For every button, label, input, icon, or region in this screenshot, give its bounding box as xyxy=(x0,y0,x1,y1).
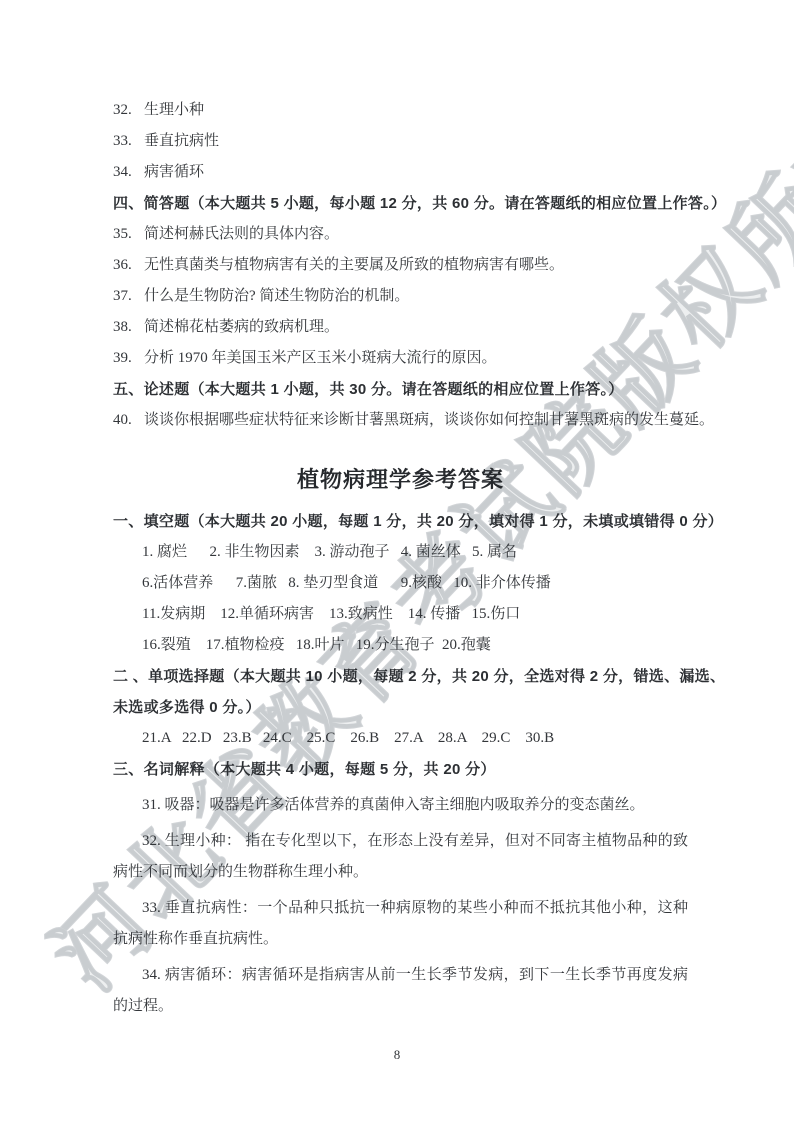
definition-item-32: 32. 生理小种： 指在专化型以下，在形态上没有差异，但对不同寄主植物品种的致病… xyxy=(113,826,688,888)
question-text: 生理小种 xyxy=(144,102,204,118)
question-number: 36. xyxy=(113,250,144,281)
exam-page: 河北省教育考试院版权所有 32.生理小种 33.垂直抗病性 34.病害循环 四、… xyxy=(0,0,794,1123)
question-item-32: 32.生理小种 xyxy=(113,95,688,126)
question-item-39: 39.分析 1970 年美国玉米产区玉米小斑病大流行的原因。 xyxy=(113,343,688,374)
fill-in-answers-line-1: 1. 腐烂 2. 非生物因素 3. 游动孢子 4. 菌丝体 5. 属名 xyxy=(113,537,688,568)
question-text: 垂直抗病性 xyxy=(144,133,219,149)
question-item-35: 35.简述柯赫氏法则的具体内容。 xyxy=(113,219,688,250)
question-number: 35. xyxy=(113,219,144,250)
question-item-34: 34.病害循环 xyxy=(113,157,688,188)
question-text: 病害循环 xyxy=(144,164,204,180)
question-number: 32. xyxy=(113,95,144,126)
question-item-36: 36.无性真菌类与植物病害有关的主要属及所致的植物病害有哪些。 xyxy=(113,250,688,281)
definition-item-33: 33. 垂直抗病性：一个品种只抵抗一种病原物的某些小种而不抵抗其他小种，这种抗病… xyxy=(113,893,688,955)
question-number: 39. xyxy=(113,343,144,374)
question-number: 40. xyxy=(113,405,144,436)
question-item-38: 38.简述棉花枯萎病的致病机理。 xyxy=(113,312,688,343)
fill-in-answers-line-3: 11.发病期 12.单循环病害 13.致病性 14. 传播 15.伤口 xyxy=(113,599,688,630)
question-text: 简述柯赫氏法则的具体内容。 xyxy=(144,226,339,242)
fill-in-answers-line-4: 16.裂殖 17.植物检疫 18.叶片 19.分生孢子 20.孢囊 xyxy=(113,630,688,661)
question-number: 33. xyxy=(113,126,144,157)
question-number: 38. xyxy=(113,312,144,343)
answer-header-fill-in: 一、填空题（本大题共 20 小题，每题 1 分，共 20 分，填对得 1 分，未… xyxy=(113,506,688,537)
question-text: 无性真菌类与植物病害有关的主要属及所致的植物病害有哪些。 xyxy=(144,257,564,273)
section-header-short-answer: 四、简答题（本大题共 5 小题，每小题 12 分，共 60 分。请在答题纸的相应… xyxy=(113,188,688,219)
definition-item-31: 31. 吸器：吸器是许多活体营养的真菌伸入寄主细胞内吸取养分的变态菌丝。 xyxy=(113,790,688,821)
answer-header-definitions: 三、名词解释（本大题共 4 小题，每题 5 分，共 20 分） xyxy=(113,754,688,785)
question-text: 分析 1970 年美国玉米产区玉米小斑病大流行的原因。 xyxy=(144,350,497,366)
question-text: 什么是生物防治? 简述生物防治的机制。 xyxy=(144,288,409,304)
question-text: 谈谈你根据哪些症状特征来诊断甘薯黑斑病，谈谈你如何控制甘薯黑斑病的发生蔓延。 xyxy=(144,412,714,428)
question-text: 简述棉花枯萎病的致病机理。 xyxy=(144,319,339,335)
answer-header-multiple-choice-line-2: 未选或多选得 0 分。） xyxy=(113,692,688,723)
section-header-essay: 五、论述题（本大题共 1 小题，共 30 分。请在答题纸的相应位置上作答。） xyxy=(113,374,688,405)
question-item-33: 33.垂直抗病性 xyxy=(113,126,688,157)
answer-header-multiple-choice-line-1: 二 、单项选择题（本大题共 10 小题，每题 2 分，共 20 分，全选对得 2… xyxy=(113,661,688,692)
answer-key-title: 植物病理学参考答案 xyxy=(113,462,688,498)
fill-in-answers-line-2: 6.活体营养 7.菌脓 8. 垫刃型食道 9.核酸 10. 非介体传播 xyxy=(113,568,688,599)
question-item-37: 37.什么是生物防治? 简述生物防治的机制。 xyxy=(113,281,688,312)
question-number: 37. xyxy=(113,281,144,312)
multiple-choice-answers: 21.A 22.D 23.B 24.C 25.C 26.B 27.A 28.A … xyxy=(113,723,688,754)
page-number: 8 xyxy=(0,1047,794,1063)
definition-item-34: 34. 病害循环：病害循环是指病害从前一生长季节发病，到下一生长季节再度发病的过… xyxy=(113,960,688,1022)
page-content: 32.生理小种 33.垂直抗病性 34.病害循环 四、简答题（本大题共 5 小题… xyxy=(0,0,794,1022)
question-number: 34. xyxy=(113,157,144,188)
question-item-40: 40.谈谈你根据哪些症状特征来诊断甘薯黑斑病，谈谈你如何控制甘薯黑斑病的发生蔓延… xyxy=(113,405,688,436)
